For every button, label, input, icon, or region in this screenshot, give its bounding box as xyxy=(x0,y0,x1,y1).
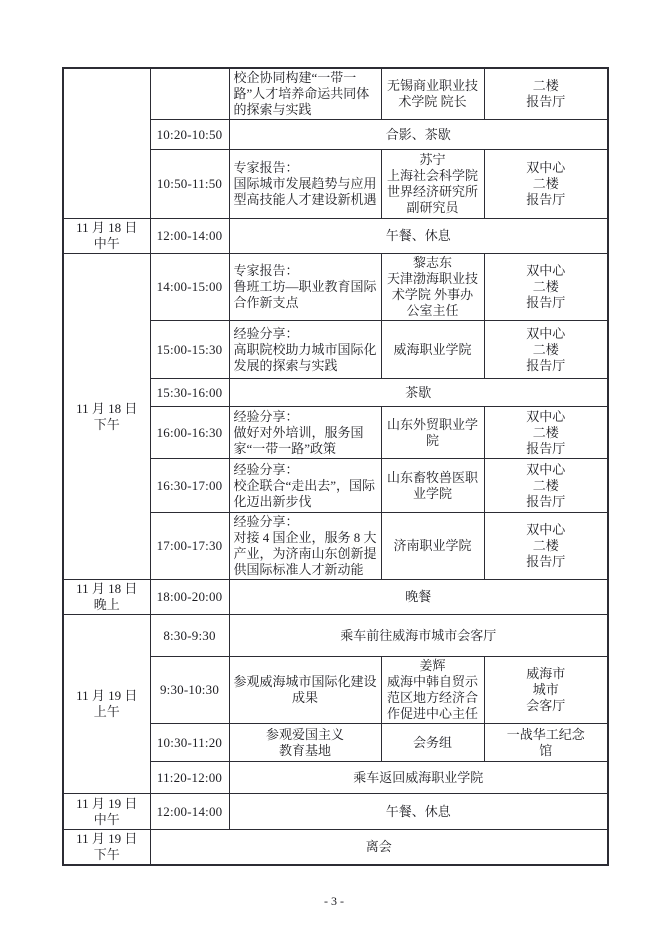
date-cell: 11 月 18 日 下午 xyxy=(63,254,150,580)
time-cell: 18:00-20:00 xyxy=(150,580,229,615)
activity-title: 校企协同构建“一带一路”人才培养命运共同体的探索与实践 xyxy=(234,70,377,118)
venue-cell: 二楼 报告厅 xyxy=(484,68,608,120)
activity-title: 对接 4 国企业，服务 8 大产业，为济南山东创新提供国际标准人才新动能 xyxy=(234,530,377,578)
date-cell: 11 月 19 日 中午 xyxy=(63,794,150,830)
venue-cell: 双中心 二楼 报告厅 xyxy=(484,321,608,379)
activity-title: 国际城市发展趋势与应用型高技能人才建设新机遇 xyxy=(234,176,377,208)
time-cell: 17:00-17:30 xyxy=(150,513,229,580)
merged-activity-cell: 晚餐 xyxy=(229,580,608,615)
merged-activity-cell: 午餐、休息 xyxy=(229,219,608,254)
merged-activity-cell: 乘车前往威海市城市会客厅 xyxy=(229,615,608,657)
time-cell: 10:30-11:20 xyxy=(150,724,229,762)
session-type-label: 经验分享： xyxy=(234,514,377,530)
activity-title: 高职院校助力城市国际化发展的探索与实践 xyxy=(234,342,377,374)
presenter-cell: 黎志东 天津渤海职业技术学院 外事办公室主任 xyxy=(381,254,484,321)
activity-cell: 经验分享： 高职院校助力城市国际化发展的探索与实践 xyxy=(229,321,381,379)
presenter-cell: 威海职业学院 xyxy=(381,321,484,379)
activity-cell: 专家报告： 鲁班工坊—职业教育国际合作新支点 xyxy=(229,254,381,321)
date-cell: 11 月 18 日 晚上 xyxy=(63,580,150,615)
activity-title: 鲁班工坊—职业教育国际合作新支点 xyxy=(234,279,377,311)
date-cell: 11 月 19 日 上午 xyxy=(63,615,150,794)
merged-activity-cell: 乘车返回威海职业学院 xyxy=(229,762,608,794)
page-number: - 3 - xyxy=(0,894,668,909)
time-cell: 10:20-10:50 xyxy=(150,120,229,150)
presenter-cell: 苏宁 上海社会科学院 世界经济研究所 副研究员 xyxy=(381,150,484,219)
presenter-cell: 山东外贸职业学院 xyxy=(381,407,484,459)
time-cell: 9:30-10:30 xyxy=(150,657,229,724)
time-cell: 12:00-14:00 xyxy=(150,794,229,830)
activity-cell: 经验分享： 对接 4 国企业，服务 8 大产业，为济南山东创新提供国际标准人才新… xyxy=(229,513,381,580)
time-cell-empty xyxy=(150,68,229,120)
venue-cell: 双中心 二楼 报告厅 xyxy=(484,254,608,321)
session-type-label: 专家报告： xyxy=(234,263,377,279)
venue-cell: 一战华工纪念 馆 xyxy=(484,724,608,762)
date-cell: 11 月 19 日 下午 xyxy=(63,830,150,866)
venue-cell: 双中心 二楼 报告厅 xyxy=(484,407,608,459)
document-page: 校企协同构建“一带一路”人才培养命运共同体的探索与实践 无锡商业职业技术学院 院… xyxy=(0,0,668,929)
time-cell: 16:30-17:00 xyxy=(150,459,229,513)
activity-cell: 经验分享： 校企联合“走出去”，国际化迈出新步伐 xyxy=(229,459,381,513)
schedule-table: 校企协同构建“一带一路”人才培养命运共同体的探索与实践 无锡商业职业技术学院 院… xyxy=(62,67,609,866)
session-type-label: 经验分享： xyxy=(234,409,377,425)
time-cell: 8:30-9:30 xyxy=(150,615,229,657)
activity-cell: 参观威海城市国际化建设 成果 xyxy=(229,657,381,724)
venue-cell: 双中心 二楼 报告厅 xyxy=(484,459,608,513)
presenter-cell: 山东畜牧兽医职业学院 xyxy=(381,459,484,513)
session-type-label: 经验分享： xyxy=(234,326,377,342)
presenter-cell: 无锡商业职业技术学院 院长 xyxy=(381,68,484,120)
activity-cell: 校企协同构建“一带一路”人才培养命运共同体的探索与实践 xyxy=(229,68,381,120)
time-cell: 15:00-15:30 xyxy=(150,321,229,379)
venue-cell: 双中心 二楼 报告厅 xyxy=(484,150,608,219)
time-cell: 12:00-14:00 xyxy=(150,219,229,254)
activity-cell: 专家报告： 国际城市发展趋势与应用型高技能人才建设新机遇 xyxy=(229,150,381,219)
presenter-cell: 会务组 xyxy=(381,724,484,762)
time-cell: 14:00-15:00 xyxy=(150,254,229,321)
activity-title: 做好对外培训，服务国家“一带一路”政策 xyxy=(234,425,377,457)
session-type-label: 专家报告： xyxy=(234,160,377,176)
venue-cell: 双中心 二楼 报告厅 xyxy=(484,513,608,580)
date-cell: 11 月 18 日 中午 xyxy=(63,219,150,254)
venue-cell: 威海市 城市 会客厅 xyxy=(484,657,608,724)
presenter-cell: 济南职业学院 xyxy=(381,513,484,580)
merged-activity-cell: 午餐、休息 xyxy=(229,794,608,830)
merged-activity-cell: 离会 xyxy=(150,830,608,866)
time-cell: 11:20-12:00 xyxy=(150,762,229,794)
activity-title: 校企联合“走出去”，国际化迈出新步伐 xyxy=(234,478,377,510)
presenter-cell: 姜辉 威海中韩自贸示范区地方经济合作促进中心主任 xyxy=(381,657,484,724)
merged-activity-cell: 合影、茶歇 xyxy=(229,120,608,150)
activity-cell: 参观爱国主义 教育基地 xyxy=(229,724,381,762)
time-cell: 15:30-16:00 xyxy=(150,379,229,407)
session-type-label: 经验分享： xyxy=(234,462,377,478)
time-cell: 16:00-16:30 xyxy=(150,407,229,459)
activity-cell: 经验分享： 做好对外培训，服务国家“一带一路”政策 xyxy=(229,407,381,459)
date-cell-empty xyxy=(63,68,150,219)
time-cell: 10:50-11:50 xyxy=(150,150,229,219)
merged-activity-cell: 茶歇 xyxy=(229,379,608,407)
